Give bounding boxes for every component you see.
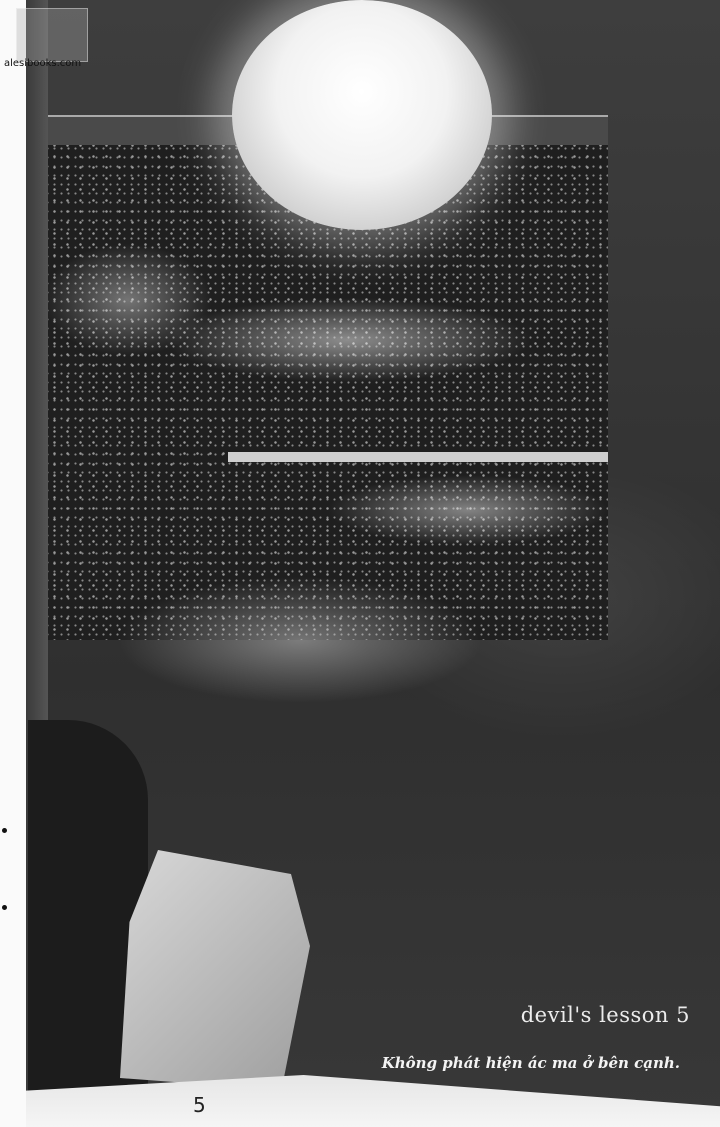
margin-mark bbox=[2, 905, 7, 910]
full-moon bbox=[232, 0, 492, 230]
chapter-title: devil's lesson 5 bbox=[521, 1003, 690, 1027]
watermark-text: alesibooks.com bbox=[4, 58, 81, 69]
chapter-subtitle: Không phát hiện ác ma ở bên cạnh. bbox=[382, 1054, 680, 1072]
watermark-logo-icon bbox=[16, 8, 88, 62]
manga-page: alesibooks.com devil's lesson 5 Không ph… bbox=[0, 0, 720, 1127]
window-sill bbox=[228, 452, 608, 462]
margin-mark bbox=[2, 828, 7, 833]
curtain bbox=[60, 560, 580, 740]
page-number: 5 bbox=[193, 1093, 206, 1117]
page-margin bbox=[0, 0, 26, 1127]
pillow bbox=[120, 850, 310, 1090]
